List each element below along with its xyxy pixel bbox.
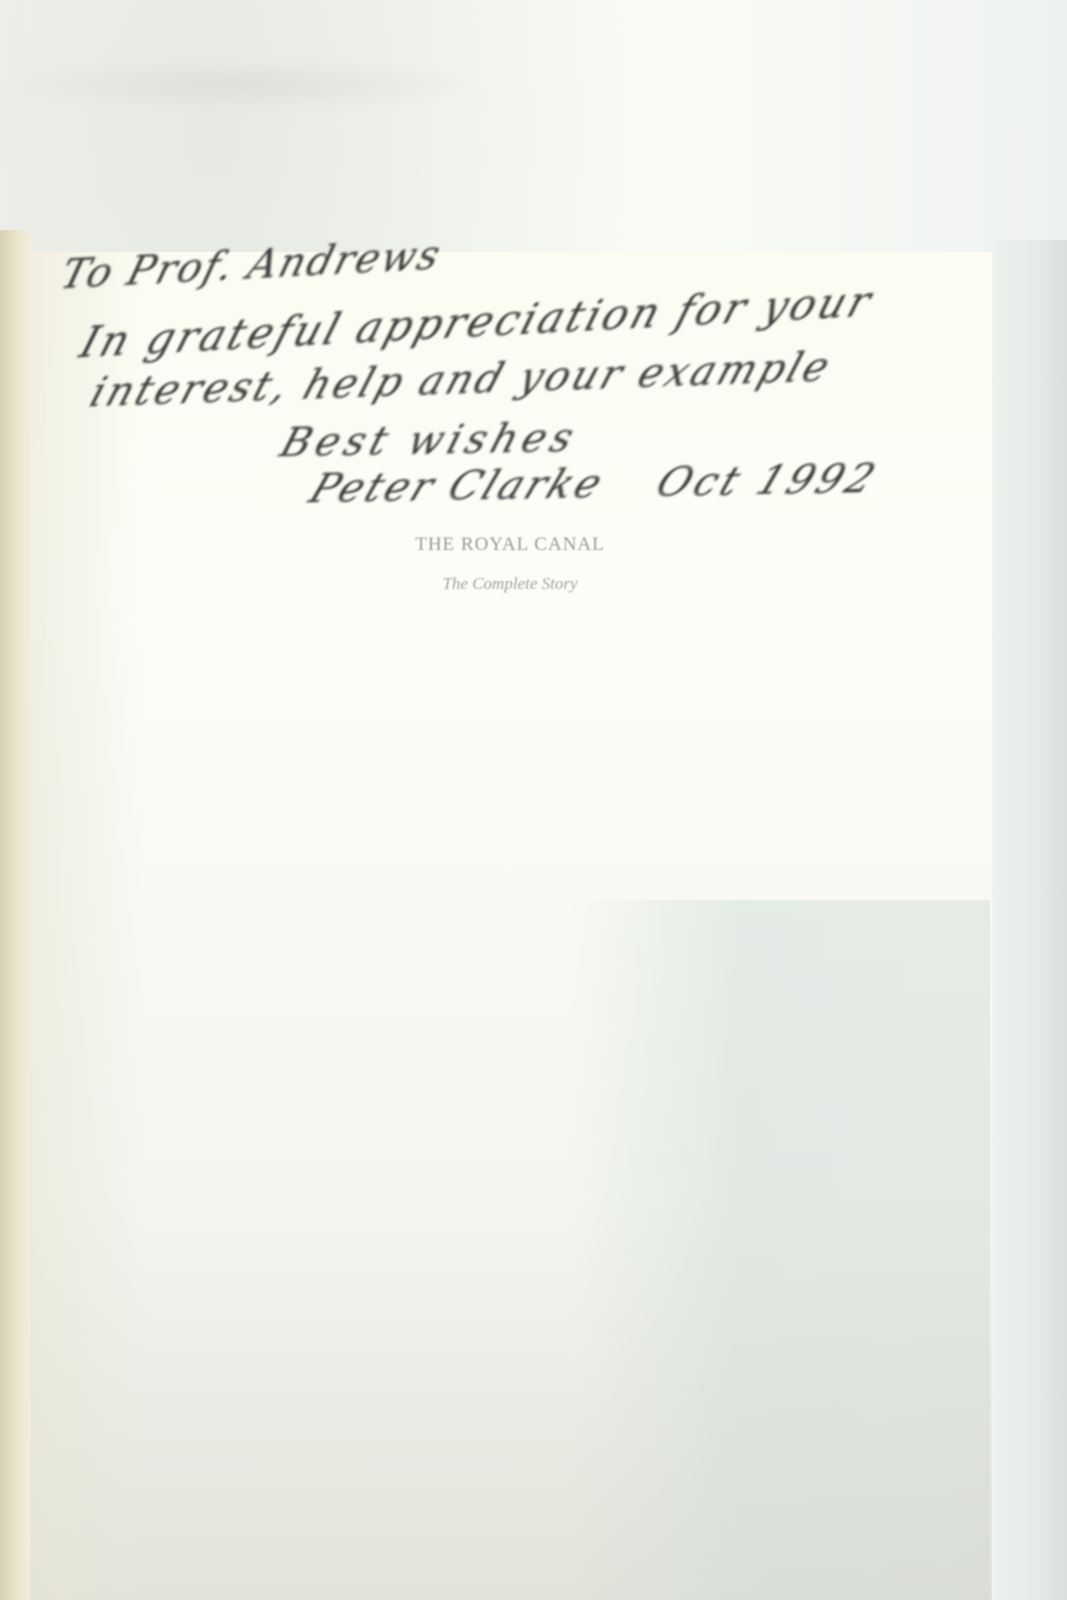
book-spine-edge bbox=[0, 230, 32, 1600]
title-page bbox=[30, 252, 992, 1600]
background-smudge bbox=[0, 60, 480, 110]
book-title: THE ROYAL CANAL bbox=[380, 534, 640, 556]
book-right-edge bbox=[992, 240, 1067, 1600]
book-subtitle: The Complete Story bbox=[380, 574, 640, 594]
